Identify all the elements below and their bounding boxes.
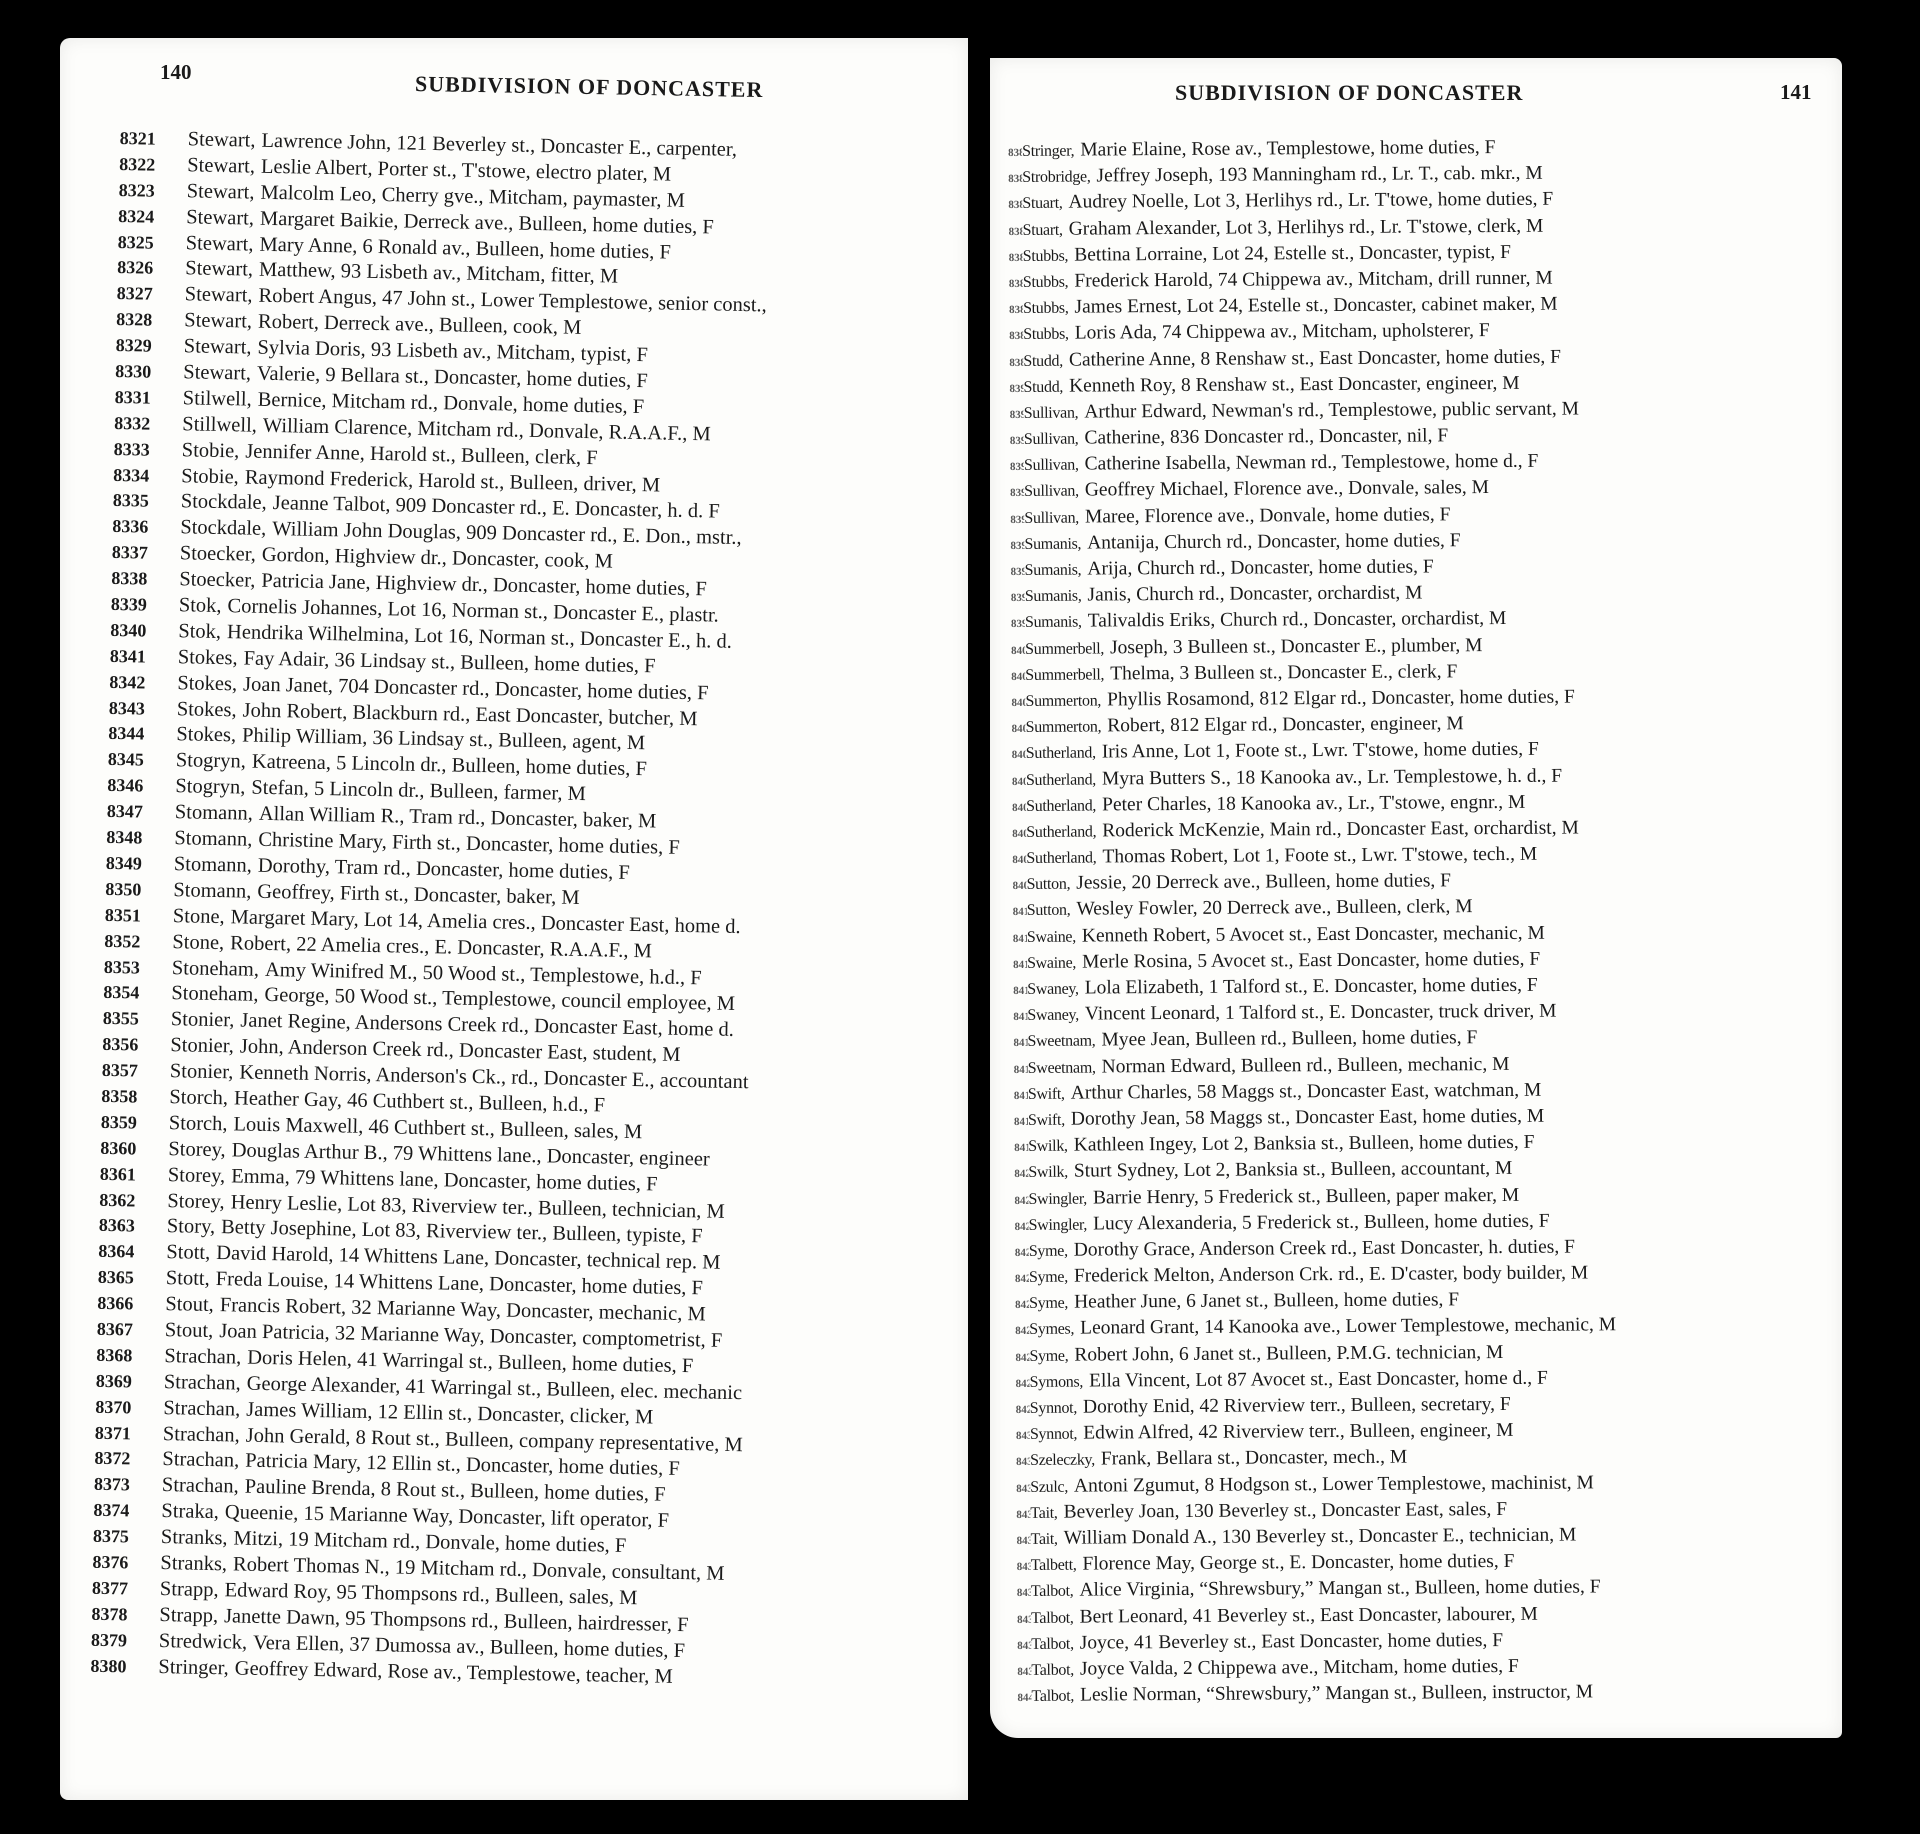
entry-surname: Stone, xyxy=(173,904,225,931)
entry-details: Beverley Joan, 130 Beverley st., Doncast… xyxy=(1063,1497,1507,1526)
entry-surname: Stringer, xyxy=(158,1655,229,1682)
list-item: 8400Summerbell,Joseph, 3 Bulleen st., Do… xyxy=(1011,632,1612,662)
entry-number: 8416 xyxy=(1014,1056,1028,1082)
entry-surname: Sullivan, xyxy=(1024,479,1079,506)
left-page: 140 SUBDIVISION OF DONCASTER 8321Stewart… xyxy=(60,38,968,1800)
entry-number: 8432 xyxy=(1016,1475,1030,1501)
list-item: 8438Talbot,Joyce, 41 Beverley st., East … xyxy=(1017,1627,1618,1657)
entry-details: Roderick McKenzie, Main rd., Doncaster E… xyxy=(1102,815,1579,844)
entry-details: Kathleen Ingey, Lot 2, Banksia st., Bull… xyxy=(1074,1130,1535,1159)
entry-number: 8406 xyxy=(1012,795,1026,821)
entry-surname: Stuart, xyxy=(1022,217,1062,243)
entry-surname: Stokes, xyxy=(176,723,236,750)
entry-number: 8368 xyxy=(96,1343,164,1370)
entry-number: 8321 xyxy=(120,126,188,153)
running-head: SUBDIVISION OF DONCASTER xyxy=(1175,80,1523,106)
list-item: 8437Talbot,Bert Leonard, 41 Beverley st.… xyxy=(1017,1601,1618,1631)
entry-number: 8415 xyxy=(1013,1030,1027,1056)
list-item: 8390Studd,Kenneth Roy, 8 Renshaw st., Ea… xyxy=(1009,370,1610,400)
list-item: 8435Talbett,Florence May, George st., E.… xyxy=(1017,1548,1618,1578)
entry-details: Edwin Alfred, 42 Riverview terr., Bullee… xyxy=(1083,1418,1513,1447)
entry-details: Robert John, 6 Janet st., Bulleen, P.M.G… xyxy=(1074,1340,1503,1369)
entry-surname: Sutherland, xyxy=(1026,741,1096,768)
entry-details: Frank, Bellara st., Doncaster, mech., M xyxy=(1101,1445,1407,1473)
entry-details: Dorothy Grace, Anderson Creek rd., East … xyxy=(1074,1234,1575,1263)
entry-number: 8385 xyxy=(1009,245,1023,271)
entry-surname: Sutton, xyxy=(1027,898,1071,924)
entry-number: 8375 xyxy=(93,1524,161,1551)
entry-surname: Strachan, xyxy=(164,1344,241,1371)
entry-number: 8324 xyxy=(118,204,186,231)
entry-surname: Stubbs, xyxy=(1023,270,1069,296)
entry-details: Antanija, Church rd., Doncaster, home du… xyxy=(1087,528,1461,556)
entry-number: 8412 xyxy=(1013,952,1027,978)
entry-number: 8386 xyxy=(1009,271,1023,297)
entry-surname: Summerton, xyxy=(1026,715,1102,742)
entry-number: 8350 xyxy=(105,877,173,904)
entry-surname: Storch, xyxy=(169,1085,228,1112)
list-item: 8424Syme,Frederick Melton, Anderson Crk.… xyxy=(1015,1260,1616,1290)
entry-surname: Story, xyxy=(167,1215,216,1242)
entry-surname: Stredwick, xyxy=(159,1629,248,1657)
entry-surname: Stokes, xyxy=(178,645,238,672)
entry-surname: Stokes, xyxy=(177,697,237,724)
entry-number: 8407 xyxy=(1012,821,1026,847)
entry-number: 8428 xyxy=(1016,1371,1030,1397)
entry-surname: Stout, xyxy=(165,1318,214,1345)
entry-surname: Stout, xyxy=(165,1292,214,1319)
page-number: 140 xyxy=(160,60,192,85)
entry-number: 8431 xyxy=(1016,1449,1030,1475)
list-item: 8406Sutherland,Peter Charles, 18 Kanooka… xyxy=(1012,789,1613,819)
entry-surname: Stewart, xyxy=(187,153,255,180)
entry-number: 8370 xyxy=(95,1394,163,1421)
entry-details: Arthur Charles, 58 Maggs st., Doncaster … xyxy=(1071,1078,1542,1107)
entry-surname: Sweetnam, xyxy=(1027,1029,1095,1056)
list-item: 8433Tait,Beverley Joan, 130 Beverley st.… xyxy=(1016,1496,1617,1526)
entry-details: Alice Virginia, “Shrewsbury,” Mangan st.… xyxy=(1079,1575,1600,1604)
entry-surname: Stewart, xyxy=(183,360,251,387)
list-item: 8397Sumanis,Arija, Church rd., Doncaster… xyxy=(1011,553,1612,583)
entry-surname: Swingler, xyxy=(1028,1186,1087,1213)
entry-number: 8363 xyxy=(99,1213,167,1240)
entry-number: 8354 xyxy=(103,980,171,1007)
entry-number: 8367 xyxy=(97,1317,165,1344)
entry-surname: Stott, xyxy=(166,1266,210,1293)
entry-surname: Stilwell, xyxy=(183,386,252,413)
list-item: 8412Swaine,Merle Rosina, 5 Avocet st., E… xyxy=(1013,946,1614,976)
entry-surname: Symes, xyxy=(1029,1317,1074,1343)
entry-number: 8343 xyxy=(109,695,177,722)
left-page-header: 140 SUBDIVISION OF DONCASTER xyxy=(60,38,968,128)
entry-surname: Stomann, xyxy=(174,852,253,879)
list-item: 8422Swingler,Lucy Alexanderia, 5 Frederi… xyxy=(1015,1208,1616,1238)
entry-number: 8376 xyxy=(92,1550,160,1577)
running-head: SUBDIVISION OF DONCASTER xyxy=(415,71,764,103)
entry-number: 8323 xyxy=(119,178,187,205)
list-item: 8431Szeleczky,Frank, Bellara st., Doncas… xyxy=(1016,1444,1617,1474)
entry-details: Janis, Church rd., Doncaster, orchardist… xyxy=(1087,581,1422,609)
entry-number: 8337 xyxy=(112,540,180,567)
entry-surname: Talbot, xyxy=(1031,1605,1074,1631)
list-item: 8384Stuart,Graham Alexander, Lot 3, Herl… xyxy=(1008,213,1609,243)
entry-number: 8344 xyxy=(108,721,176,748)
entry-number: 8400 xyxy=(1011,637,1025,663)
entry-number: 8322 xyxy=(119,152,187,179)
entry-number: 8397 xyxy=(1011,559,1025,585)
entry-number: 8433 xyxy=(1016,1502,1030,1528)
entry-details: Talivaldis Eriks, Church rd., Doncaster,… xyxy=(1088,606,1507,635)
entry-number: 8430 xyxy=(1016,1423,1030,1449)
entry-number: 8424 xyxy=(1015,1266,1029,1292)
entry-number: 8438 xyxy=(1017,1633,1031,1659)
entry-details: Joyce Valda, 2 Chippewa ave., Mitcham, h… xyxy=(1080,1654,1519,1683)
entry-surname: Sutherland, xyxy=(1026,793,1096,820)
entry-details: Bettina Lorraine, Lot 24, Estelle st., D… xyxy=(1074,240,1511,269)
list-item: 8410Sutton,Wesley Fowler, 20 Derreck ave… xyxy=(1013,894,1614,924)
list-item: 8403Summerton,Robert, 812 Elgar rd., Don… xyxy=(1012,710,1613,740)
entry-surname: Stubbs, xyxy=(1023,296,1069,322)
entry-surname: Sutherland, xyxy=(1026,846,1096,873)
entry-details: Geoffrey Michael, Florence ave., Donvale… xyxy=(1085,476,1489,505)
list-item: 8429Synnot,Dorothy Enid, 42 Riverview te… xyxy=(1016,1391,1617,1421)
entry-number: 8361 xyxy=(100,1161,168,1188)
entry-surname: Stogryn, xyxy=(176,749,247,776)
list-item: 8440Talbot,Leslie Norman, “Shrewsbury,” … xyxy=(1017,1679,1618,1709)
entry-number: 8364 xyxy=(98,1239,166,1266)
entry-details: Arija, Church rd., Doncaster, home dutie… xyxy=(1087,554,1434,582)
entry-number: 8390 xyxy=(1009,376,1023,402)
entry-number: 8402 xyxy=(1011,690,1025,716)
entry-surname: Sullivan, xyxy=(1024,453,1079,480)
entry-surname: Stomann, xyxy=(174,826,253,853)
entry-surname: Studd, xyxy=(1023,348,1063,374)
entry-surname: Strachan, xyxy=(163,1422,240,1449)
entry-number: 8395 xyxy=(1010,507,1024,533)
entry-details: William Donald A., 130 Beverley st., Don… xyxy=(1064,1522,1577,1551)
entry-details: Wesley Fowler, 20 Derreck ave., Bulleen,… xyxy=(1076,895,1472,924)
list-item: 8398Sumanis,Janis, Church rd., Doncaster… xyxy=(1011,580,1612,610)
entry-details: Antoni Zgumut, 8 Hodgson st., Lower Temp… xyxy=(1074,1470,1594,1499)
entry-number: 8401 xyxy=(1011,664,1025,690)
entry-number: 8353 xyxy=(104,954,172,981)
entry-number: 8389 xyxy=(1009,349,1023,375)
entry-number: 8359 xyxy=(101,1110,169,1137)
list-item: 8432Szulc,Antoni Zgumut, 8 Hodgson st., … xyxy=(1016,1470,1617,1500)
entry-surname: Summerbell, xyxy=(1025,662,1104,689)
electoral-roll-list: 8321Stewart,Lawrence John, 121 Beverley … xyxy=(90,126,770,1692)
entry-surname: Stobie, xyxy=(181,464,239,491)
list-item: 8392Sullivan,Catherine, 836 Doncaster rd… xyxy=(1010,422,1611,452)
entry-surname: Strapp, xyxy=(160,1577,219,1604)
entry-details: Thelma, 3 Bulleen st., Doncaster E., cle… xyxy=(1110,659,1457,687)
entry-surname: Stewart, xyxy=(186,231,254,258)
entry-details: Leslie Norman, “Shrewsbury,” Mangan st.,… xyxy=(1080,1680,1593,1709)
entry-surname: Stomann, xyxy=(173,878,252,905)
electoral-roll-list: 8381Stringer,Marie Elaine, Rose av., Tem… xyxy=(1008,134,1618,1709)
entry-surname: Stok, xyxy=(178,619,221,646)
entry-details: Jessie, 20 Derreck ave., Bulleen, home d… xyxy=(1076,869,1451,897)
entry-surname: Stewart, xyxy=(184,309,252,336)
list-item: 8427Syme,Robert John, 6 Janet st., Bulle… xyxy=(1015,1339,1616,1369)
entry-number: 8325 xyxy=(118,230,186,257)
entry-number: 8417 xyxy=(1014,1083,1028,1109)
entry-number: 8348 xyxy=(106,825,174,852)
entry-number: 8425 xyxy=(1015,1292,1029,1318)
entry-surname: Syme, xyxy=(1029,1239,1068,1265)
list-item: 8419Swilk,Kathleen Ingey, Lot 2, Banksia… xyxy=(1014,1129,1615,1159)
list-item: 8425Syme,Heather June, 6 Janet st., Bull… xyxy=(1015,1287,1616,1317)
list-item: 8439Talbot,Joyce Valda, 2 Chippewa ave.,… xyxy=(1017,1653,1618,1683)
entry-number: 8414 xyxy=(1013,1004,1027,1030)
entry-surname: Sumanis, xyxy=(1024,531,1081,558)
entry-number: 8440 xyxy=(1017,1685,1031,1711)
entry-number: 8377 xyxy=(92,1576,160,1603)
entry-surname: Swaney, xyxy=(1027,1003,1079,1030)
entry-details: Dorothy Jean, 58 Maggs st., Doncaster Ea… xyxy=(1071,1104,1544,1133)
list-item: 8399Sumanis,Talivaldis Eriks, Church rd.… xyxy=(1011,606,1612,636)
entry-number: 8339 xyxy=(111,592,179,619)
entry-surname: Swaine, xyxy=(1027,950,1076,977)
entry-details: Vincent Leonard, 1 Talford st., E. Donca… xyxy=(1085,999,1557,1028)
entry-number: 8351 xyxy=(105,903,173,930)
list-item: 8391Sullivan,Arthur Edward, Newman's rd.… xyxy=(1010,396,1611,426)
entry-number: 8392 xyxy=(1010,428,1024,454)
entry-number: 8426 xyxy=(1015,1318,1029,1344)
entry-surname: Sullivan, xyxy=(1024,400,1079,427)
entry-number: 8398 xyxy=(1011,585,1025,611)
entry-surname: Stewart, xyxy=(185,257,253,284)
list-item: 8396Sumanis,Antanija, Church rd., Doncas… xyxy=(1010,527,1611,557)
entry-number: 8349 xyxy=(106,851,174,878)
entry-surname: Stranks, xyxy=(161,1525,228,1552)
entry-surname: Stoneham, xyxy=(172,956,260,984)
entry-number: 8373 xyxy=(94,1472,162,1499)
list-item: 8394Sullivan,Geoffrey Michael, Florence … xyxy=(1010,475,1611,505)
entry-surname: Sutherland, xyxy=(1026,767,1096,794)
entry-surname: Symons, xyxy=(1030,1369,1084,1396)
entry-surname: Stubbs, xyxy=(1023,322,1069,348)
entry-number: 8335 xyxy=(113,488,181,515)
entry-details: Myra Butters S., 18 Kanooka av., Lr. Tem… xyxy=(1102,763,1562,792)
entry-details: Graham Alexander, Lot 3, Herlihys rd., L… xyxy=(1069,213,1544,242)
entry-number: 8352 xyxy=(104,928,172,955)
entry-surname: Syme, xyxy=(1029,1291,1068,1317)
entry-number: 8421 xyxy=(1014,1187,1028,1213)
entry-number: 8403 xyxy=(1012,716,1026,742)
entry-surname: Studd, xyxy=(1023,374,1063,400)
entry-number: 8419 xyxy=(1014,1135,1028,1161)
entry-surname: Stok, xyxy=(179,593,222,620)
entry-surname: Stonier, xyxy=(170,1033,234,1060)
entry-surname: Stewart, xyxy=(184,334,252,361)
list-item: 8402Summerton,Phyllis Rosamond, 812 Elga… xyxy=(1011,684,1612,714)
entry-number: 8399 xyxy=(1011,611,1025,637)
book-spine-gutter xyxy=(968,0,990,1834)
entry-details: Frederick Harold, 74 Chippewa av., Mitch… xyxy=(1074,266,1552,295)
entry-details: Leonard Grant, 14 Kanooka ave., Lower Te… xyxy=(1080,1313,1616,1342)
entry-surname: Talbot, xyxy=(1031,1658,1074,1684)
entry-details: Catherine Anne, 8 Renshaw st., East Donc… xyxy=(1069,344,1561,373)
page-number: 141 xyxy=(1780,80,1812,105)
entry-number: 8355 xyxy=(103,1006,171,1033)
list-item: 8415Sweetnam,Myee Jean, Bulleen rd., Bul… xyxy=(1013,1025,1614,1055)
entry-details: James Ernest, Lot 24, Estelle st., Donca… xyxy=(1074,292,1557,321)
entry-surname: Talbot, xyxy=(1031,1631,1074,1657)
entry-surname: Sumanis, xyxy=(1025,584,1082,611)
entry-surname: Summerbell, xyxy=(1025,636,1104,663)
entry-surname: Tait, xyxy=(1030,1527,1057,1553)
entry-number: 8347 xyxy=(107,799,175,826)
list-item: 8407Sutherland,Roderick McKenzie, Main r… xyxy=(1012,815,1613,845)
entry-number: 8384 xyxy=(1008,218,1022,244)
entry-surname: Stockdale, xyxy=(181,490,267,518)
entry-details: Bert Leonard, 41 Beverley st., East Donc… xyxy=(1080,1601,1538,1630)
entry-number: 8379 xyxy=(91,1627,159,1654)
right-page: SUBDIVISION OF DONCASTER 141 8381Stringe… xyxy=(990,58,1842,1738)
entry-number: 8378 xyxy=(91,1601,159,1628)
entry-number: 8330 xyxy=(115,359,183,386)
entry-surname: Swingler, xyxy=(1029,1212,1088,1239)
entry-number: 8346 xyxy=(107,773,175,800)
entry-details: Norman Edward, Bulleen rd., Bulleen, mec… xyxy=(1102,1052,1510,1081)
entry-surname: Stone, xyxy=(172,930,224,957)
entry-number: 8420 xyxy=(1014,1161,1028,1187)
entry-number: 8439 xyxy=(1017,1659,1031,1685)
entry-surname: Strachan, xyxy=(162,1447,239,1474)
entry-surname: Stonier, xyxy=(171,1007,235,1034)
entry-number: 8333 xyxy=(114,437,182,464)
entry-number: 8427 xyxy=(1015,1345,1029,1371)
list-item: 8420Swilk,Sturt Sydney, Lot 2, Banksia s… xyxy=(1014,1156,1615,1186)
entry-number: 8383 xyxy=(1008,192,1022,218)
entry-surname: Sutton, xyxy=(1026,872,1070,898)
entry-details: Loris Ada, 74 Chippewa av., Mitcham, uph… xyxy=(1075,318,1490,347)
entry-details: Peter Charles, 18 Kanooka av., Lr., T'st… xyxy=(1102,790,1525,819)
entry-details: Barrie Henry, 5 Frederick st., Bulleen, … xyxy=(1093,1182,1519,1211)
entry-number: 8327 xyxy=(117,281,185,308)
entry-surname: Szulc, xyxy=(1030,1474,1068,1500)
entry-number: 8356 xyxy=(102,1032,170,1059)
entry-number: 8409 xyxy=(1012,873,1026,899)
entry-surname: Stokes, xyxy=(177,671,237,698)
entry-number: 8422 xyxy=(1015,1214,1029,1240)
entry-details: Frederick Melton, Anderson Crk. rd., E. … xyxy=(1074,1261,1588,1290)
list-item: 8423Syme,Dorothy Grace, Anderson Creek r… xyxy=(1015,1234,1616,1264)
list-item: 8408Sutherland,Thomas Robert, Lot 1, Foo… xyxy=(1012,841,1613,871)
entry-surname: Stringer, xyxy=(1022,139,1074,166)
entry-number: 8423 xyxy=(1015,1240,1029,1266)
entry-surname: Stillwell, xyxy=(182,412,257,439)
entry-number: 8429 xyxy=(1016,1397,1030,1423)
entry-number: 8408 xyxy=(1012,847,1026,873)
entry-number: 8372 xyxy=(94,1446,162,1473)
entry-number: 8331 xyxy=(115,385,183,412)
entry-details: Kenneth Robert, 5 Avocet st., East Donca… xyxy=(1082,920,1545,949)
entry-surname: Stott, xyxy=(166,1240,210,1267)
entry-details: Robert, 812 Elgar rd., Doncaster, engine… xyxy=(1107,711,1464,739)
entry-surname: Swaine, xyxy=(1027,924,1076,951)
entry-surname: Syme, xyxy=(1029,1343,1068,1369)
list-item: 8414Swaney,Vincent Leonard, 1 Talford st… xyxy=(1013,999,1614,1029)
entry-details: Marie Elaine, Rose av., Templestowe, hom… xyxy=(1080,135,1495,164)
entry-surname: Swift, xyxy=(1028,1081,1065,1107)
entry-number: 8340 xyxy=(110,618,178,645)
list-item: 8401Summerbell,Thelma, 3 Bulleen st., Do… xyxy=(1011,658,1612,688)
entry-surname: Stoecker, xyxy=(179,567,256,594)
entry-surname: Stoneham, xyxy=(171,982,259,1010)
entry-details: Sturt Sydney, Lot 2, Banksia st., Bullee… xyxy=(1074,1156,1513,1185)
entry-surname: Sweetnam, xyxy=(1028,1055,1096,1082)
entry-surname: Storey, xyxy=(168,1137,226,1164)
entry-number: 8334 xyxy=(113,463,181,490)
entry-details: Myee Jean, Bulleen rd., Bulleen, home du… xyxy=(1101,1026,1477,1054)
list-item: 8393Sullivan,Catherine Isabella, Newman … xyxy=(1010,449,1611,479)
entry-surname: Stubbs, xyxy=(1023,243,1069,269)
entry-surname: Storey, xyxy=(167,1189,225,1216)
entry-surname: Talbot, xyxy=(1031,1684,1074,1710)
entry-number: 8410 xyxy=(1013,899,1027,925)
entry-number: 8369 xyxy=(96,1369,164,1396)
entry-details: Joseph, 3 Bulleen st., Doncaster E., plu… xyxy=(1110,633,1483,661)
entry-details: Phyllis Rosamond, 812 Elgar rd., Doncast… xyxy=(1107,684,1575,713)
entry-surname: Swilk, xyxy=(1028,1134,1068,1160)
entry-number: 8326 xyxy=(117,255,185,282)
entry-surname: Stewart, xyxy=(186,205,254,232)
entry-number: 8413 xyxy=(1013,978,1027,1004)
entry-surname: Storch, xyxy=(169,1111,228,1138)
list-item: 8381Stringer,Marie Elaine, Rose av., Tem… xyxy=(1008,134,1609,164)
entry-details: Audrey Noelle, Lot 3, Herlihys rd., Lr. … xyxy=(1068,187,1553,216)
entry-number: 8365 xyxy=(98,1265,166,1292)
entry-surname: Synnot, xyxy=(1030,1422,1077,1448)
list-item: 8418Swift,Dorothy Jean, 58 Maggs st., Do… xyxy=(1014,1103,1615,1133)
entry-number: 8391 xyxy=(1010,402,1024,428)
entry-number: 8357 xyxy=(102,1058,170,1085)
entry-surname: Storey, xyxy=(168,1163,226,1190)
entry-number: 8360 xyxy=(100,1136,168,1163)
entry-surname: Talbett, xyxy=(1031,1553,1077,1579)
entry-number: 8329 xyxy=(116,333,184,360)
entry-number: 8332 xyxy=(114,411,182,438)
entry-number: 8328 xyxy=(116,307,184,334)
entry-number: 8388 xyxy=(1009,323,1023,349)
entry-details: Iris Anne, Lot 1, Foote st., Lwr. T'stow… xyxy=(1102,737,1539,766)
entry-number: 8387 xyxy=(1009,297,1023,323)
entry-details: Merle Rosina, 5 Avocet st., East Doncast… xyxy=(1082,947,1540,976)
entry-details: Dorothy Enid, 42 Riverview terr., Bullee… xyxy=(1083,1392,1511,1421)
list-item: 8416Sweetnam,Norman Edward, Bulleen rd.,… xyxy=(1014,1051,1615,1081)
entry-surname: Stogryn, xyxy=(175,774,246,801)
list-item: 8388Stubbs,Loris Ada, 74 Chippewa av., M… xyxy=(1009,318,1610,348)
list-item: 8413Swaney,Lola Elizabeth, 1 Talford st.… xyxy=(1013,972,1614,1002)
entry-number: 8374 xyxy=(93,1498,161,1525)
entry-details: Catherine Isabella, Newman rd., Templest… xyxy=(1085,449,1539,478)
entry-surname: Sutherland, xyxy=(1026,819,1096,846)
list-item: 8404Sutherland,Iris Anne, Lot 1, Foote s… xyxy=(1012,737,1613,767)
list-item: 8405Sutherland,Myra Butters S., 18 Kanoo… xyxy=(1012,763,1613,793)
entry-details: Catherine, 836 Doncaster rd., Doncaster,… xyxy=(1084,423,1448,451)
entry-surname: Stomann, xyxy=(175,800,254,827)
entry-number: 8371 xyxy=(95,1420,163,1447)
entry-surname: Sullivan, xyxy=(1024,505,1079,532)
entry-surname: Stobie, xyxy=(182,438,240,465)
list-item: 8417Swift,Arthur Charles, 58 Maggs st., … xyxy=(1014,1077,1615,1107)
list-item: 8434Tait,William Donald A., 130 Beverley… xyxy=(1016,1522,1617,1552)
entry-number: 8435 xyxy=(1017,1554,1031,1580)
entry-number: 8341 xyxy=(110,644,178,671)
list-item: 8395Sullivan,Maree, Florence ave., Donva… xyxy=(1010,501,1611,531)
